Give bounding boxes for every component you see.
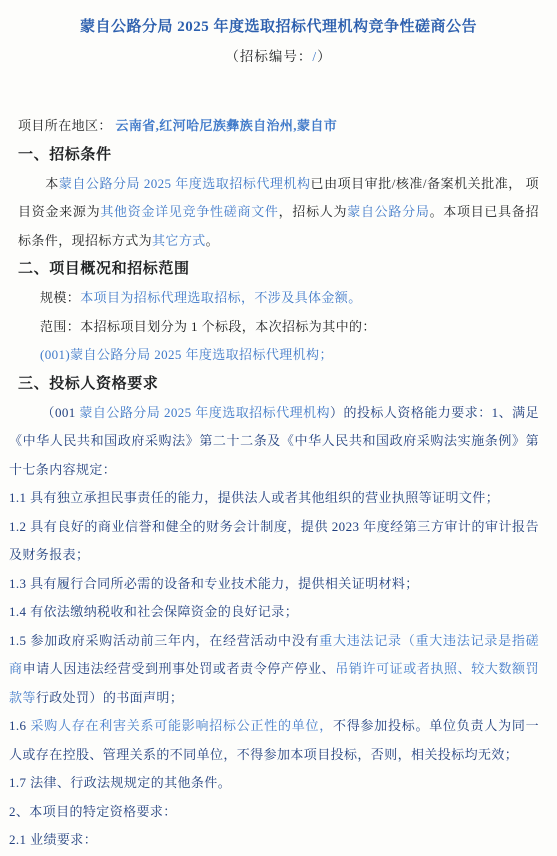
section-1-paragraph: 本蒙自公路分局 2025 年度选取招标代理机构已由项目审批/核准/备案机关批准，… [18, 170, 539, 256]
text-run: 2、本项目的特定资格要求： [9, 804, 177, 819]
text-run: 蒙自公路分局 2025 年度选取招标代理机构 [79, 405, 330, 420]
text-run: 蒙自公路分局 [347, 204, 429, 219]
requirement-1-1: 1.1 具有独立承担民事责任的能力，提供法人或者其他组织的营业执照等证明文件； [9, 484, 539, 513]
text-run: 本 [45, 176, 59, 191]
text-run: 1.6 [9, 718, 30, 733]
tender-number-line: （招标编号：/） [18, 42, 539, 72]
text-run: 其他资金详见竞争性磋商文件 [100, 204, 278, 219]
text-run: ） [317, 49, 332, 64]
section-3-heading: 三、投标人资格要求 [18, 370, 539, 399]
requirement-1-4: 1.4 有依法缴纳税收和社会保障资金的良好记录； [9, 598, 539, 627]
header-spacer [18, 72, 539, 112]
section-2-heading: 二、项目概况和招标范围 [18, 255, 539, 284]
section-1-heading: 一、招标条件 [18, 141, 539, 170]
text-run: 1.2 具有良好的商业信誉和健全的财务会计制度，提供 2023 年度经第三方审计… [9, 519, 539, 563]
requirement-1-2: 1.2 具有良好的商业信誉和健全的财务会计制度，提供 2023 年度经第三方审计… [9, 513, 539, 570]
text-run: 其它方式 [152, 233, 206, 248]
text-run: （001 [42, 405, 80, 420]
requirement-1-5: 1.5 参加政府采购活动前三年内，在经营活动中没有重大违法记录（重大违法记录是指… [9, 627, 539, 713]
text-run: 1.1 具有独立承担民事责任的能力，提供法人或者其他组织的营业执照等证明文件； [9, 490, 499, 505]
document-title: 蒙自公路分局 2025 年度选取招标代理机构竞争性磋商公告 [18, 12, 539, 42]
performance-requirement-line: 2.1 业绩要求： [9, 826, 539, 855]
lot-001-line: (001)蒙自公路分局 2025 年度选取招标代理机构； [40, 341, 539, 370]
text-run: 1.3 具有履行合同所必需的设备和专业技术能力，提供相关证明材料； [9, 576, 419, 591]
text-run: 。 [206, 233, 219, 248]
text-run: 采购人存在利害关系可能影响招标公正性的单位， [30, 718, 333, 733]
qualification-intro-paragraph: （001 蒙自公路分局 2025 年度选取招标代理机构）的投标人资格能力要求：1… [9, 399, 539, 485]
text-run: 2.1 业绩要求： [9, 832, 97, 847]
requirement-1-3: 1.3 具有履行合同所必需的设备和专业技术能力，提供相关证明材料； [9, 570, 539, 599]
text-run: (001)蒙自公路分局 2025 年度选取招标代理机构； [40, 347, 333, 362]
text-run: ，招标人为 [279, 204, 348, 219]
text-run: 1.4 有依法缴纳税收和社会保障资金的良好记录； [9, 604, 298, 619]
text-run: 规模： [40, 290, 80, 305]
text-run: 云南省,红河哈尼族彝族自治州,蒙自市 [115, 118, 337, 133]
scope-line: 范围：本招标项目划分为 1 个标段，本次招标为其中的： [40, 313, 539, 342]
text-run: 本项目为招标代理选取招标，不涉及具体金额。 [80, 290, 361, 305]
text-run: 范围：本招标项目划分为 1 个标段，本次招标为其中的： [40, 319, 376, 334]
requirement-1-6: 1.6 采购人存在利害关系可能影响招标公正性的单位，不得参加投标。单位负责人为同… [9, 712, 539, 769]
text-run: 项目所在地区： [18, 118, 115, 133]
text-run: （招标编号： [225, 49, 312, 64]
requirement-1-7: 1.7 法律、行政法规规定的其他条件。 [9, 769, 539, 798]
text-run: 1.5 参加政府采购活动前三年内，在经营活动中没有 [9, 633, 319, 648]
document-page: 蒙自公路分局 2025 年度选取招标代理机构竞争性磋商公告 （招标编号：/） 项… [0, 0, 557, 856]
scale-line: 规模：本项目为招标代理选取招标，不涉及具体金额。 [40, 284, 539, 313]
text-run: 申请人因违法经营受到刑事处罚或者责令停产停业、 [23, 661, 336, 676]
text-run: 行政处罚）的书面声明； [36, 690, 183, 705]
project-location-line: 项目所在地区： 云南省,红河哈尼族彝族自治州,蒙自市 [18, 112, 539, 141]
specific-requirements-line: 2、本项目的特定资格要求： [9, 798, 539, 827]
text-run: 1.7 法律、行政法规规定的其他条件。 [9, 775, 231, 790]
text-run: 蒙自公路分局 2025 年度选取招标代理机构 [59, 176, 311, 191]
